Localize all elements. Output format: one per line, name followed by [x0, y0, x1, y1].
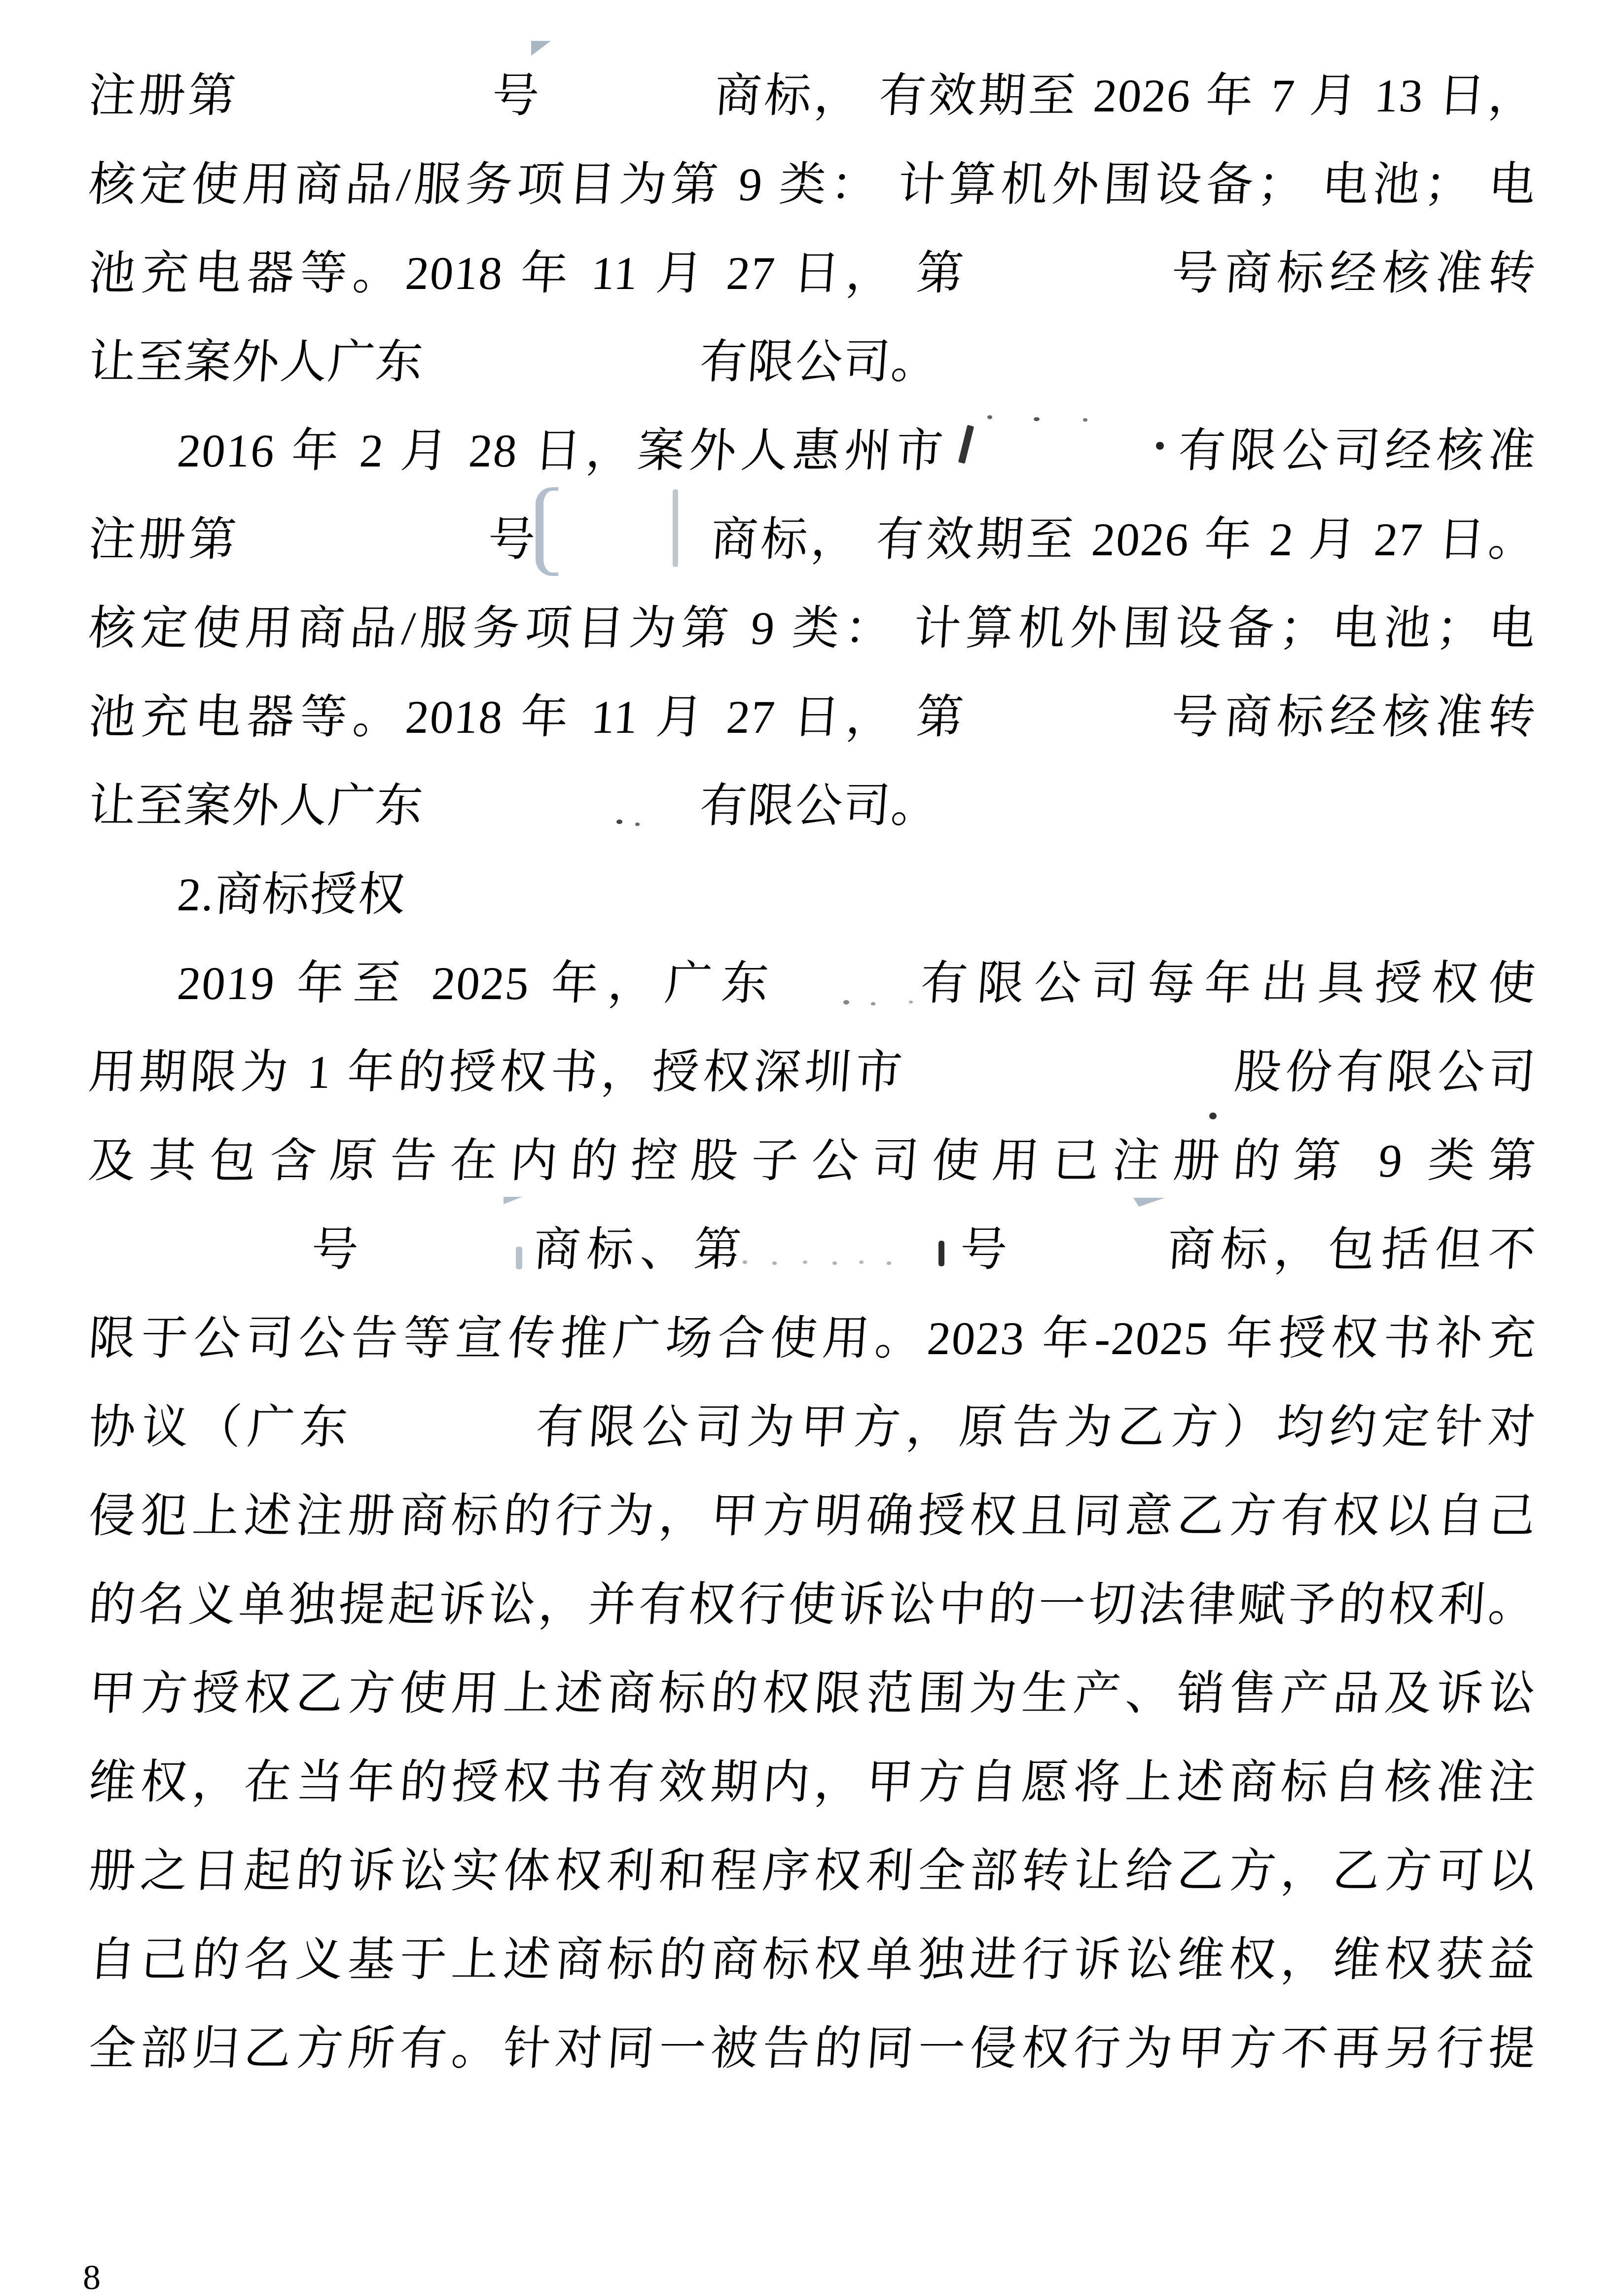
redaction-gap [1012, 1261, 1161, 1265]
text-segment: 协议（广东 [87, 1401, 355, 1453]
text-segment: 号 [488, 70, 544, 122]
redaction-gap [423, 818, 699, 822]
text-segment: 侵犯上述注册商标的行为，甲方明确授权且同意乙方有权以自己 [87, 1490, 1538, 1542]
text-segment: 注册第 [87, 70, 240, 122]
text-line: 用期限为 1 年的授权书，授权深圳市股份有限公司 [86, 1028, 1540, 1116]
text-line: 注册第号商标， 有效期至 2026 年 7 月 13 日， [86, 51, 1540, 140]
redaction-gap [238, 108, 490, 111]
text-segment: 及其包含原告在内的控股子公司使用已注册的第 9 类第 [87, 1135, 1538, 1187]
text-segment: 甲方授权乙方使用上述商标的权限范围为生产、销售产品及诉讼 [87, 1667, 1538, 1720]
text-line: 核定使用商品/服务项目为第 9 类： 计算机外围设备；电池；电 [86, 584, 1540, 673]
text-line: 2.商标授权 [86, 850, 1540, 939]
text-segment: 号商标经核准转 [1165, 247, 1538, 299]
text-line: 及其包含原告在内的控股子公司使用已注册的第 9 类第 [86, 1116, 1540, 1205]
text-segment: 商标， 有效期至 2026 年 7 月 13 日， [711, 70, 1538, 122]
text-line: 号商标、第号商标，包括但不 [86, 1205, 1540, 1294]
text-line: 全部归乙方所有。针对同一被告的同一侵权行为甲方不再另行提 [86, 2004, 1540, 2093]
text-segment: 号 [953, 1223, 1015, 1276]
text-segment: 商标，包括但不 [1160, 1223, 1538, 1276]
text-segment: 注册第 [87, 513, 241, 566]
text-segment: 股份有限公司 [1230, 1046, 1538, 1098]
court-document-page: 注册第号商标， 有效期至 2026 年 7 月 13 日，核定使用商品/服务项目… [0, 0, 1623, 2296]
redaction-gap [777, 995, 911, 999]
text-segment: 2016 年 2 月 28 日，案外人惠州市 [176, 425, 949, 477]
text-line: 协议（广东有限公司为甲方，原告为乙方）均约定针对 [86, 1383, 1540, 1471]
redaction-gap [537, 551, 708, 555]
text-line: 2019 年至 2025 年，广东有限公司每年出具授权使 [86, 939, 1540, 1028]
text-block: 注册第号商标， 有效期至 2026 年 7 月 13 日，核定使用商品/服务项目… [89, 51, 1536, 2093]
text-segment: 池充电器等。2018 年 11 月 27 日， 第 [87, 247, 971, 299]
redaction-gap [352, 1439, 530, 1443]
text-line: 册之日起的诉讼实体权利和程序权利全部转让给乙方，乙方可以 [86, 1827, 1540, 1915]
text-segment: 有限公司为甲方，原告为乙方）均约定针对 [529, 1401, 1538, 1453]
text-segment: 号 [304, 1223, 366, 1276]
text-segment: 让至案外人广东 [87, 780, 425, 832]
text-line: 核定使用商品/服务项目为第 9 类： 计算机外围设备； 电池； 电 [86, 140, 1540, 229]
text-line: 侵犯上述注册商标的行为，甲方明确授权且同意乙方有权以自己 [86, 1471, 1540, 1560]
text-segment: 让至案外人广东 [87, 336, 425, 388]
text-segment: 有限公司经核准 [1173, 425, 1538, 477]
redaction-gap [88, 1261, 305, 1265]
paragraph-indent [88, 463, 177, 466]
text-line: 自己的名义基于上述商标的商标权单独进行诉讼维权，维权获益 [86, 1915, 1540, 2004]
text-segment: 商标， 有效期至 2026 年 2 月 27 日。 [707, 513, 1538, 566]
text-segment: 用期限为 1 年的授权书，授权深圳市 [87, 1046, 908, 1098]
redaction-gap [238, 551, 485, 555]
text-segment: 有限公司每年出具授权使 [910, 957, 1538, 1009]
text-segment: 册之日起的诉讼实体权利和程序权利全部转让给乙方，乙方可以 [87, 1845, 1538, 1897]
text-line: 甲方授权乙方使用上述商标的权限范围为生产、销售产品及诉讼 [86, 1649, 1540, 1738]
redaction-gap [746, 1261, 954, 1265]
redaction-gap [968, 729, 1166, 733]
text-segment: 2019 年至 2025 年，广东 [176, 957, 780, 1009]
paragraph-indent [88, 995, 177, 999]
text-line: 维权，在当年的授权书有效期内，甲方自愿将上述商标自核准注 [86, 1738, 1540, 1827]
redaction-gap [541, 108, 712, 111]
redaction-gap [905, 1084, 1231, 1088]
redaction-gap [968, 285, 1166, 289]
text-segment: 核定使用商品/服务项目为第 9 类： 计算机外围设备；电池；电 [87, 602, 1538, 654]
text-segment: 2.商标授权 [176, 868, 408, 921]
text-line: 让至案外人广东有限公司。 [86, 318, 1540, 406]
text-line: 池充电器等。2018 年 11 月 27 日， 第号商标经核准转 [86, 673, 1540, 761]
redaction-gap [946, 463, 1174, 466]
text-segment: 的名义单独提起诉讼，并有权行使诉讼中的一切法律赋予的权利。 [87, 1578, 1538, 1631]
text-line: 2016 年 2 月 28 日，案外人惠州市有限公司经核准 [86, 406, 1540, 495]
text-segment: 池充电器等。2018 年 11 月 27 日， 第 [87, 691, 971, 743]
text-segment: 商标、第 [526, 1223, 749, 1276]
text-segment: 核定使用商品/服务项目为第 9 类： 计算机外围设备； 电池； 电 [87, 158, 1538, 211]
text-line: 注册第号商标， 有效期至 2026 年 2 月 27 日。 [86, 495, 1540, 584]
text-segment: 限于公司公告等宣传推广场合使用。2023 年-2025 年授权书补充 [87, 1312, 1538, 1364]
text-segment: 号 [484, 513, 540, 566]
text-line: 让至案外人广东有限公司。 [86, 761, 1540, 850]
text-segment: 有限公司。 [698, 336, 940, 388]
text-segment: 自己的名义基于上述商标的商标权单独进行诉讼维权，维权获益 [87, 1934, 1538, 1986]
text-segment: 维权，在当年的授权书有效期内，甲方自愿将上述商标自核准注 [87, 1756, 1538, 1808]
text-segment: 有限公司。 [698, 780, 940, 832]
text-segment: 号商标经核准转 [1165, 691, 1538, 743]
paragraph-indent [88, 906, 177, 910]
redaction-gap [364, 1261, 527, 1265]
text-line: 限于公司公告等宣传推广场合使用。2023 年-2025 年授权书补充 [86, 1294, 1540, 1383]
text-line: 的名义单独提起诉讼，并有权行使诉讼中的一切法律赋予的权利。 [86, 1560, 1540, 1649]
redaction-gap [423, 374, 699, 378]
text-segment: 全部归乙方所有。针对同一被告的同一侵权行为甲方不再另行提 [87, 2022, 1538, 2075]
text-line: 池充电器等。2018 年 11 月 27 日， 第号商标经核准转 [86, 229, 1540, 318]
page-number: 8 [83, 2260, 101, 2295]
